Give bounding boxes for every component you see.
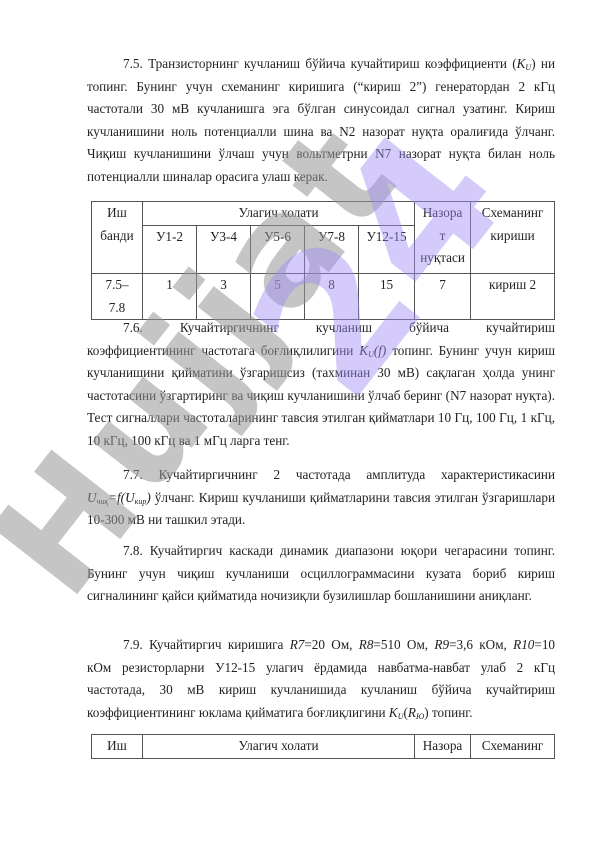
math-operator: =f( [108,490,125,505]
header-scheme-input: Схеманинг [471,735,555,759]
document-page: 7.5. Транзисторнинг кучланиш бўйича куча… [0,0,596,842]
paragraph-text: =20 Ом, [304,637,358,652]
header-switch: У7-8 [305,226,359,274]
item-number: 7.5. [123,56,143,71]
cell-scheme-input: кириш 2 [471,274,555,320]
cell-value: 8 [305,274,359,320]
switch-config-table-2: Иш Улагич холати Назора Схеманинг [91,734,555,759]
header-switch: У1-2 [143,226,197,274]
math-symbol: U [87,490,97,505]
item-number: 7.9. [123,637,143,652]
cell-value: 15 [359,274,415,320]
table-row: 7.5–7.8 1 3 5 8 15 7 кириш 2 [92,274,555,320]
header-item: Иш [92,735,143,759]
cell-item: 7.5–7.8 [92,274,143,320]
header-scheme-input: Схеманингкириши [471,202,555,274]
paragraph-text: =510 Ом, [373,637,434,652]
header-control-point: Назоратнуқтаси [415,202,471,274]
header-item: Ишбанди [92,202,143,274]
item-number: 7.8. [123,543,143,558]
switch-config-table: Ишбанди Улагич холати Назоратнуқтаси Схе… [91,201,555,320]
paragraph-text: ) ни топинг. Бунинг учун схеманинг кириш… [87,56,555,184]
math-subscript: чиқ [97,497,109,506]
paragraph-text: Кучайтиргичнинг 2 частотада амплитуда ха… [159,467,555,482]
math-symbol: U [125,490,135,505]
paragraph-text: =3,6 кОм, [449,637,513,652]
paragraph-7-6-line1: 7.6. Кучайтиргичнинг кучланиш бўйича куч… [87,317,555,340]
paragraph-text: ўлчанг. Кириш кучланиши қийматларини тав… [87,490,555,528]
math-subscript: кир [135,497,147,506]
math-symbol: K [359,343,368,358]
header-switch-state: Улагич холати [143,735,415,759]
paragraph-text: топинг. [429,705,473,720]
cell-value: 3 [197,274,251,320]
math-symbol: R10 [513,637,534,652]
math-symbol: R9 [434,637,449,652]
paragraph-text: Транзисторнинг кучланиш бўйича кучайтири… [148,56,517,71]
paragraph-text: Кучайтиргич каскади динамик диапазони юқ… [87,543,555,603]
math-argument: (f) [374,343,386,358]
cell-value: 5 [251,274,305,320]
math-symbol: R8 [359,637,374,652]
header-switch-state: Улагич холати [143,202,415,226]
math-symbol: R7 [290,637,305,652]
paragraph-7-9: 7.9. Кучайтиргич киришига R7=20 Ом, R8=5… [87,634,555,724]
math-symbol: R [408,705,416,720]
paragraph-7-6: коэффициентининг частотага боғлиқлилигин… [87,340,555,453]
header-switch: У12-15 [359,226,415,274]
paragraph-7-8: 7.8. Кучайтиргич каскади динамик диапазо… [87,540,555,608]
header-switch: У3-4 [197,226,251,274]
paragraph-text: топинг. Бунинг учун кириш кучланишини қи… [87,343,555,448]
header-switch: У5-6 [251,226,305,274]
paragraph-text: Кучайтиргич киришига [149,637,290,652]
paragraph-text: коэффициентининг частотага боғлиқлилигин… [87,343,359,358]
math-symbol: K [389,705,398,720]
paragraph-7-5: 7.5. Транзисторнинг кучланиш бўйича куча… [87,53,555,189]
header-control-point: Назора [415,735,471,759]
cell-control-point: 7 [415,274,471,320]
math-subscript: Ю [416,712,424,721]
paragraph-7-7: 7.7. Кучайтиргичнинг 2 частотада амплиту… [87,464,555,532]
paragraph-text: Кучайтиргичнинг кучланиш бўйича кучайтир… [180,320,555,335]
cell-value: 1 [143,274,197,320]
item-number: 7.7. [123,467,143,482]
item-number: 7.6. [123,320,143,335]
